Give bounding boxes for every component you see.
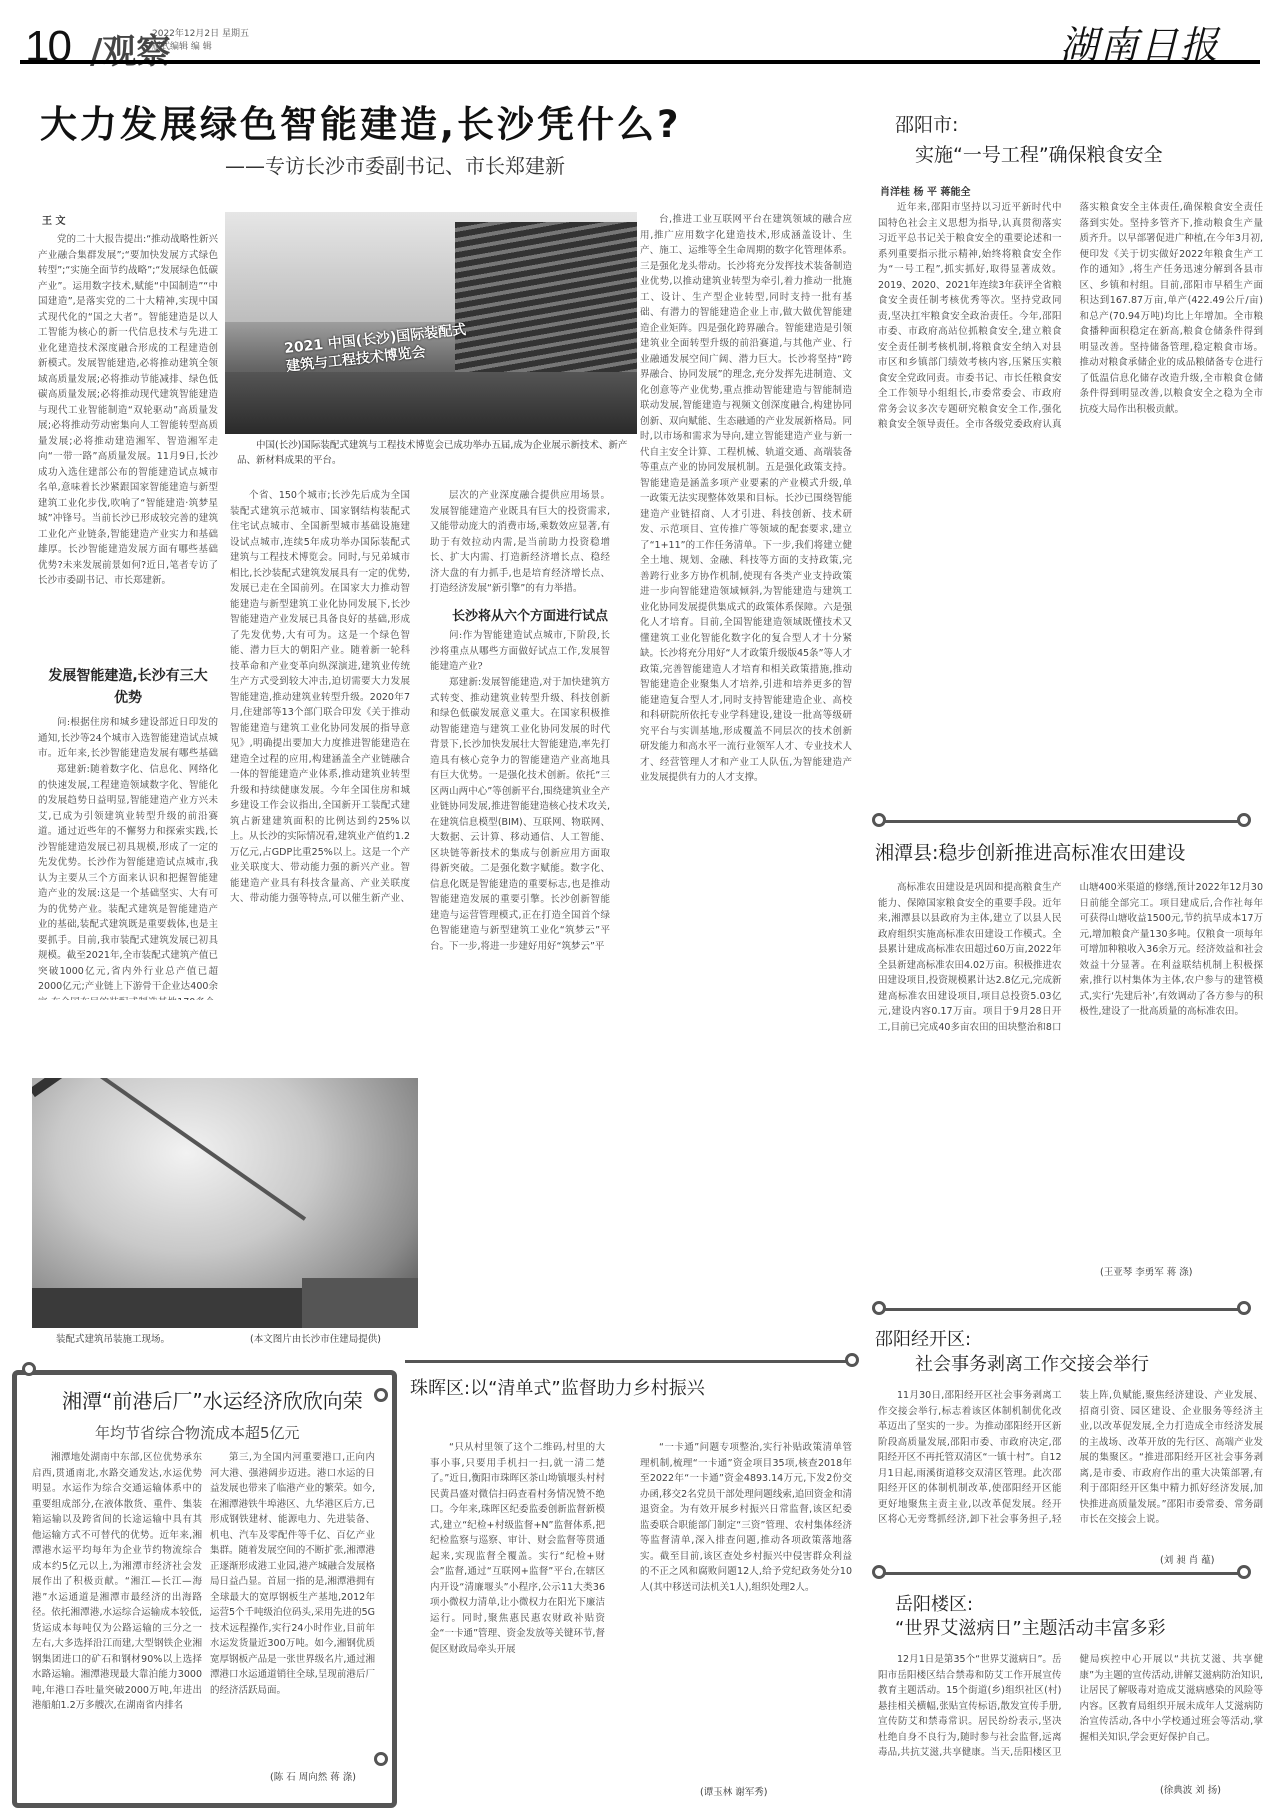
section1-question: 问:根据住房和城乡建设部近日印发的通知,长沙等24个城市入选智能建造试点城市。近… bbox=[38, 715, 218, 762]
expo-photo-caption: 中国(长沙)国际装配式建筑与工程技术博览会已成功举办五届,成为企业展示新技术、新… bbox=[237, 438, 635, 468]
xiangtan-county-title: 湘潭县:稳步创新推进高标准农田建设 bbox=[875, 838, 1185, 865]
masthead-rule bbox=[20, 60, 1260, 64]
divider-ring bbox=[1237, 1301, 1251, 1315]
expo-photo: 2021 中国(长沙)国际装配式建筑与工程技术博览会 bbox=[225, 212, 637, 434]
divider-ring bbox=[872, 813, 886, 827]
box-ring-decoration bbox=[374, 1388, 388, 1402]
shaoyang-title-line2: 实施“一号工程”确保粮食安全 bbox=[915, 140, 1163, 167]
zhuhui-title: 珠晖区:以“清单式”监督助力乡村振兴 bbox=[410, 1375, 850, 1403]
divider-ring bbox=[845, 1353, 859, 1367]
shaoyang-dev-zone-title-line1: 邵阳经开区: bbox=[875, 1325, 971, 1351]
divider-ring bbox=[1237, 1565, 1251, 1579]
expo-banner: 2021 中国(长沙)国际装配式建筑与工程技术博览会 bbox=[283, 320, 476, 380]
shaoyang-dev-zone-credit: (刘 昶 肖 蕴) bbox=[1160, 1553, 1214, 1568]
divider-ring bbox=[1237, 813, 1251, 827]
main-byline: 王 文 bbox=[42, 212, 65, 227]
shaoyang-dev-zone-body: 11月30日,邵阳经开区社会事务剥离工作交接会举行,标志着该区体制机制优化改革迈… bbox=[878, 1388, 1263, 1553]
section-divider bbox=[405, 1360, 855, 1363]
xiangtan-county-body: 高标准农田建设是巩固和提高粮食生产能力、保障国家粮食安全的重要手段。近年来,湘潭… bbox=[878, 880, 1263, 1270]
main-col-1-answer: 郑建新:随着数字化、信息化、网络化的快速发展,工程建造领域数字化、智能化的发展趋… bbox=[38, 762, 218, 1000]
yueyanglou-credit: (徐典波 刘 扬) bbox=[1160, 1783, 1221, 1798]
zhuhui-credit: (谭玉林 谢军秀) bbox=[700, 1785, 767, 1800]
section-heading-advantages: 发展智能建造,长沙有三大优势 bbox=[48, 665, 208, 709]
box-credit: (陈 石 周向然 蒋 涤) bbox=[270, 1770, 356, 1785]
yueyanglou-title-line2: “世界艾滋病日”主题活动丰富多彩 bbox=[895, 1614, 1166, 1640]
main-headline: 大力发展绿色智能建造,长沙凭什么? bbox=[40, 94, 682, 148]
box-col-2: 第三,为全国内河重要港口,正向内河大港、强港阔步迈进。港口水运的日益发展也带来了… bbox=[210, 1450, 375, 1768]
issue-date: 2022年12月2日 星期五 bbox=[152, 28, 249, 41]
section2-question: 问:作为智能建造试点城市,下阶段,长沙将重点从哪些方面做好试点工作,发展智能建造… bbox=[430, 628, 610, 675]
main-subheadline: ——专访长沙市委副书记、市长郑建新 bbox=[225, 150, 565, 179]
zhuhui-col-2: “一卡通”问题专项整治,实行补贴政策清单管理机制,梳理“一卡通”资金项目35项,… bbox=[640, 1440, 852, 1780]
shaoyang-body: 近年来,邵阳市坚持以习近平新时代中国特色社会主义思想为指导,认真贯彻落实习近平总… bbox=[878, 200, 1263, 790]
main-col-4: 台,推进工业互联网平台在建筑领域的融合应用,推广应用数字化建造技术,形成涵盖设计… bbox=[640, 212, 852, 1302]
photo-credit: (本文图片由长沙市住建局提供) bbox=[250, 1332, 381, 1347]
zhuhui-col-1: “只从村里领了这个二维码,村里的大事小事,只要用手机扫一扫,就一清二楚了。”近日… bbox=[430, 1440, 605, 1780]
yueyanglou-title-line1: 岳阳楼区: bbox=[895, 1590, 973, 1616]
construction-photo-caption: 装配式建筑吊装施工现场。 bbox=[56, 1332, 170, 1347]
box-col-1: 湘潭地处湖南中东部,区位优势承东启西,贯通南北,水路交通发达,水运优势明显。水运… bbox=[32, 1450, 202, 1785]
editors: 版式编辑 编 辑 bbox=[152, 41, 249, 54]
main-col-1: 党的二十大报告提出:“推动战略性新兴产业融合集群发展”;“要加快发展方式绿色转型… bbox=[38, 232, 218, 652]
shaoyang-byline: 肖洋桂 杨 平 蒋能全 bbox=[880, 183, 970, 198]
divider-ring bbox=[872, 1301, 886, 1315]
construction-photo bbox=[32, 1078, 418, 1328]
section-divider bbox=[880, 820, 1250, 823]
section-heading-six-aspects: 长沙将从六个方面进行试点 bbox=[430, 605, 630, 624]
yueyanglou-body: 12月1日是第35个“世界艾滋病日”。岳阳市岳阳楼区结合禁毒和防艾工作开展宣传教… bbox=[878, 1652, 1263, 1782]
main-col-2: 个省、150个城市;长沙先后成为全国装配式建筑示范城市、国家钢结构装配式住宅试点… bbox=[230, 488, 410, 908]
box-subtitle: 年均节省综合物流成本超5亿元 bbox=[95, 1422, 300, 1443]
shaoyang-title-line1: 邵阳市: bbox=[895, 110, 958, 137]
section-divider bbox=[880, 1572, 1250, 1575]
issue-meta: 2022年12月2日 星期五 版式编辑 编 辑 bbox=[152, 28, 249, 54]
box-ring-decoration bbox=[22, 1362, 36, 1376]
box-ring-decoration bbox=[374, 1752, 388, 1766]
main-col-3-answer: 郑建新:发展智能建造,对于加快建筑方式转变、推动建筑业转型升级、科技创新和绿色低… bbox=[430, 675, 610, 1305]
main-col-3: 层次的产业深度融合提供应用场景。发展智能建造产业既具有巨大的投资需求,又能带动庞… bbox=[430, 488, 610, 593]
shaoyang-dev-zone-title-line2: 社会事务剥离工作交接会举行 bbox=[915, 1350, 1149, 1376]
box-title: 湘潭“前港后厂”水运经济欣欣向荣 bbox=[62, 1385, 363, 1414]
section-divider bbox=[880, 1308, 1250, 1311]
divider-ring bbox=[872, 1565, 886, 1579]
xiangtan-county-credit: (王亚琴 李勇军 蒋 涤) bbox=[1100, 1265, 1192, 1280]
page-number: 10 bbox=[25, 22, 70, 72]
